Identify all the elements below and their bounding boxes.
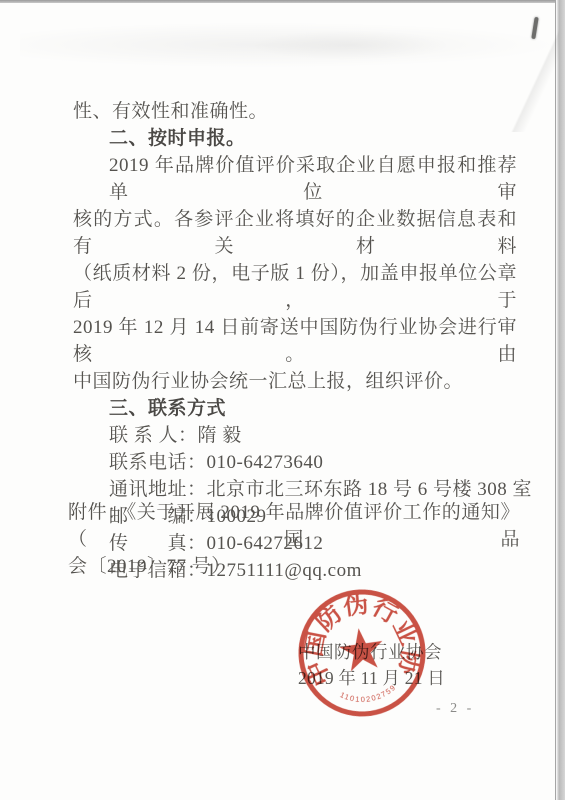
- body-line: 2019 年 12 月 14 日前寄送中国防伪行业协会进行审核。由: [73, 314, 517, 368]
- seal-ring-text: 中国防伪行业协会: [255, 546, 428, 700]
- scan-top-edge: [0, 0, 565, 3]
- contact-person: 联 系 人：隋 毅: [73, 422, 517, 449]
- body-line: 2019 年品牌价值评价采取企业自愿申报和推荐单位审: [73, 152, 517, 206]
- contact-phone: 联系电话：010-64273640: [73, 449, 517, 476]
- body-line: 性、有效性和准确性。: [73, 98, 517, 125]
- body-line: 核的方式。各参评企业将填好的企业数据信息表和有关材料: [73, 206, 517, 260]
- body-line: （纸质材料 2 份，电子版 1 份），加盖申报单位公章后，于: [73, 260, 517, 314]
- svg-text:中国防伪行业协会: 中国防伪行业协会: [255, 546, 428, 700]
- scan-smudge: [250, 30, 450, 60]
- attachment-line: 附件：《关于开展 2019 年品牌价值评价工作的通知》（国品: [68, 499, 520, 553]
- scanned-document-page: 性、有效性和准确性。 二、按时申报。 2019 年品牌价值评价采取企业自愿申报和…: [0, 0, 565, 800]
- body-line: 中国防伪行业协会统一汇总上报，组织评价。: [73, 368, 517, 395]
- seal-star-icon: [337, 625, 386, 672]
- page-number: - 2 -: [436, 701, 474, 717]
- official-seal: 中国防伪行业协会 1101020275943: [255, 546, 470, 761]
- section-3-heading: 三、联系方式: [73, 395, 517, 422]
- section-2-heading: 二、按时申报。: [73, 125, 517, 152]
